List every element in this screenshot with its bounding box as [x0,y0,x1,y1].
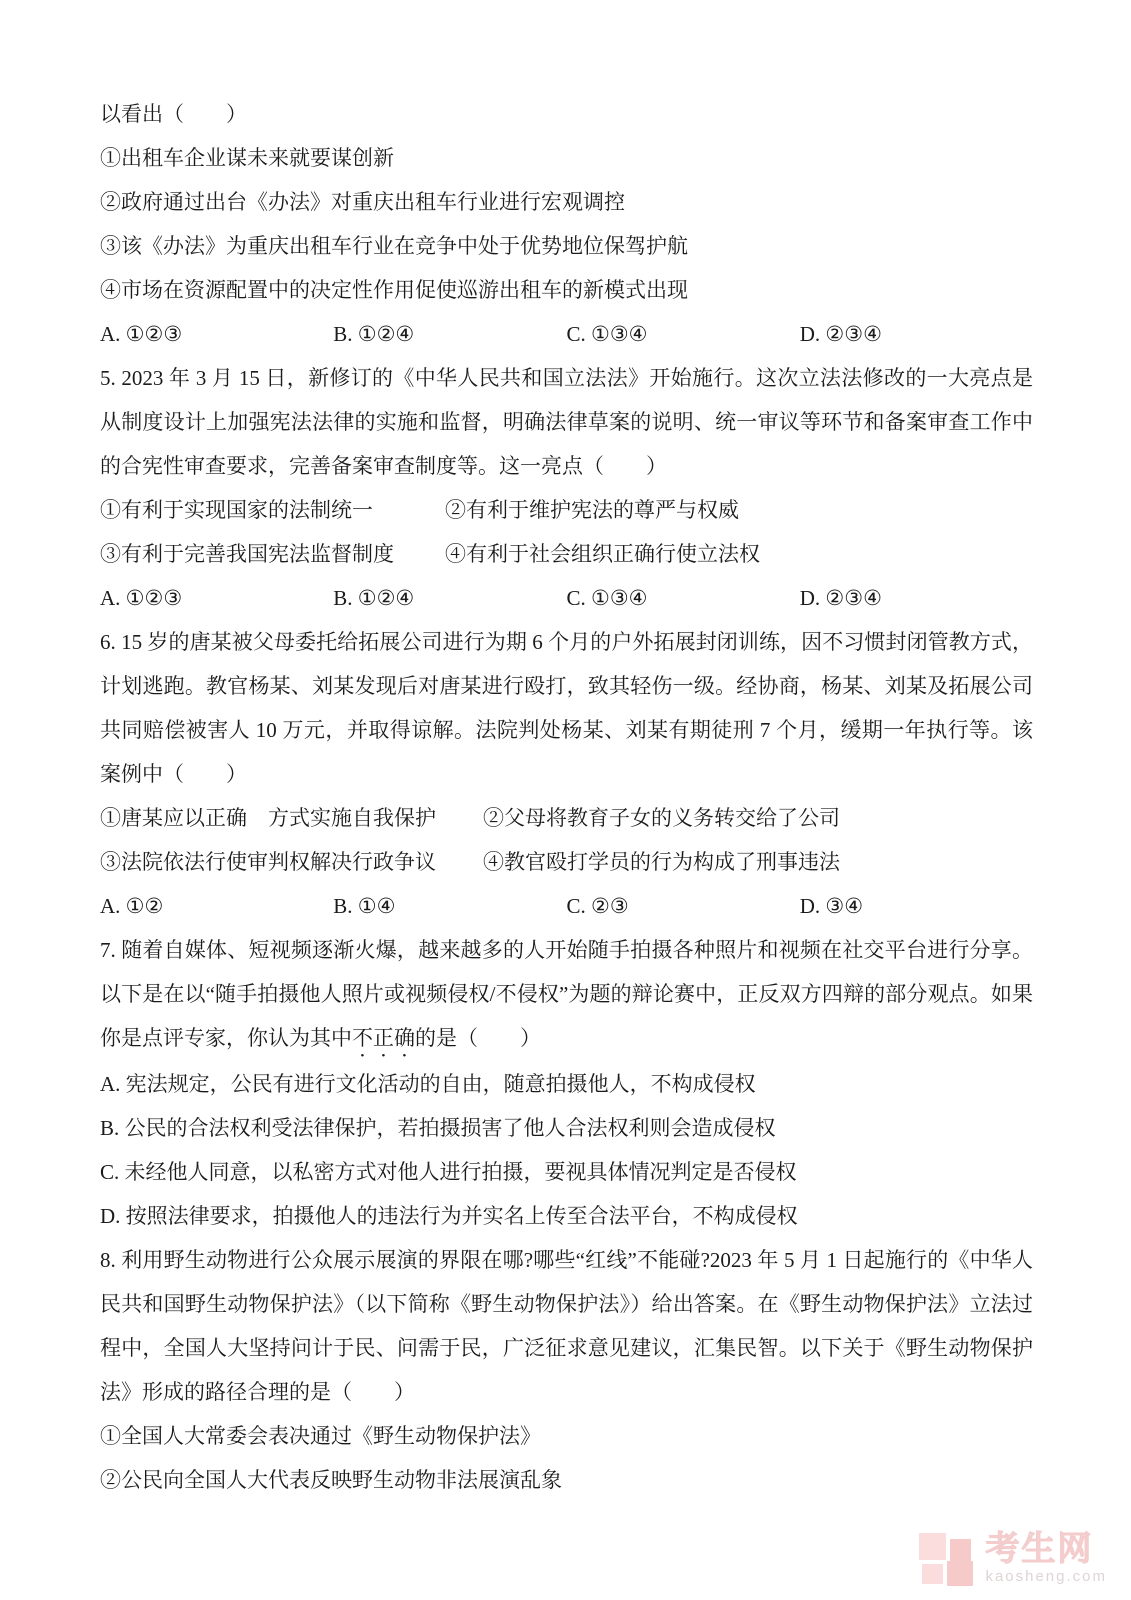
q7-option-a: A. 宪法规定，公民有进行文化活动的自由，随意拍摄他人，不构成侵权 [100,1062,1033,1106]
q4-item-2: ②政府通过出台《办法》对重庆出租车行业进行宏观调控 [100,180,1033,224]
q8-stem: 8. 利用野生动物进行公众展示展演的界限在哪?哪些“红线”不能碰?2023 年 … [100,1238,1033,1414]
q4-item-3: ③该《办法》为重庆出租车行业在竞争中处于优势地位保驾护航 [100,224,1033,268]
q6-stem: 6. 15 岁的唐某被父母委托给拓展公司进行为期 6 个月的户外拓展封闭训练，因… [100,620,1033,796]
q5-item-3: ③有利于完善我国宪法监督制度 [100,532,445,576]
q5-choice-d: D. ②③④ [800,576,1033,620]
q4-stem-tail: 以看出（ ） [100,92,1033,136]
q6-item-4: ④教官殴打学员的行为构成了刑事违法 [483,850,840,874]
q4-choice-c: C. ①③④ [567,312,800,356]
q6-answer-choices: A. ①② B. ①④ C. ②③ D. ③④ [100,884,1033,928]
kaosheng-watermark: 考生网 kaosheng.com [918,1530,1107,1586]
q5-item-1: ①有利于实现国家的法制统一 [100,488,445,532]
kaosheng-brand-name: 考生网 [985,1532,1107,1568]
q6-item-2: ②父母将教育子女的义务转交给了公司 [483,806,840,830]
exam-page: { "doc": { "q4": { "stem_tail": "以看出（ ）"… [0,0,1131,1600]
q5-item-2: ②有利于维护宪法的尊严与权威 [445,498,739,522]
q5-pair-row-2: ③有利于完善我国宪法监督制度④有利于社会组织正确行使立法权 [100,532,1033,576]
q7-stem-after: 的是（ ） [415,1026,541,1050]
q5-stem: 5. 2023 年 3 月 15 日，新修订的《中华人民共和国立法法》开始施行。… [100,356,1033,488]
q6-choice-a: A. ①② [100,884,333,928]
q4-choice-a: A. ①②③ [100,312,333,356]
kaosheng-logo-text: 考生网 kaosheng.com [985,1532,1107,1585]
q4-answer-choices: A. ①②③ B. ①②④ C. ①③④ D. ②③④ [100,312,1033,356]
q5-pair-row-1: ①有利于实现国家的法制统一②有利于维护宪法的尊严与权威 [100,488,1033,532]
exam-content: 以看出（ ） ①出租车企业谋未来就要谋创新 ②政府通过出台《办法》对重庆出租车行… [100,92,1033,1502]
q7-option-c: C. 未经他人同意，以私密方式对他人进行拍摄，要视具体情况判定是否侵权 [100,1150,1033,1194]
kaosheng-logo-icon [918,1530,976,1586]
q7-stem: 7. 随着自媒体、短视频逐渐火爆，越来越多的人开始随手拍摄各种照片和视频在社交平… [100,928,1033,1062]
q4-item-1: ①出租车企业谋未来就要谋创新 [100,136,1033,180]
q4-choice-d: D. ②③④ [800,312,1033,356]
q4-choice-b: B. ①②④ [333,312,566,356]
q5-choice-a: A. ①②③ [100,576,333,620]
q8-item-1: ①全国人大常委会表决通过《野生动物保护法》 [100,1414,1033,1458]
q7-option-d: D. 按照法律要求，拍摄他人的违法行为并实名上传至合法平台，不构成侵权 [100,1194,1033,1238]
q6-item-1: ①唐某应以正确 方式实施自我保护 [100,796,483,840]
q6-item-3: ③法院依法行使审判权解决行政争议 [100,840,483,884]
q7-option-b: B. 公民的合法权利受法律保护，若拍摄损害了他人合法权利则会造成侵权 [100,1106,1033,1150]
logo-block [922,1564,943,1584]
q6-choice-b: B. ①④ [333,884,566,928]
q5-choice-b: B. ①②④ [333,576,566,620]
q6-pair-row-1: ①唐某应以正确 方式实施自我保护②父母将教育子女的义务转交给了公司 [100,796,1033,840]
q6-choice-c: C. ②③ [567,884,800,928]
q4-item-4: ④市场在资源配置中的决定性作用促使巡游出租车的新模式出现 [100,268,1033,312]
q5-choice-c: C. ①③④ [567,576,800,620]
kaosheng-domain: kaosheng.com [985,1568,1107,1585]
q6-pair-row-2: ③法院依法行使审判权解决行政争议④教官殴打学员的行为构成了刑事违法 [100,840,1033,884]
q5-item-4: ④有利于社会组织正确行使立法权 [445,542,760,566]
q7-stem-emphasized: 不正确 [352,1026,415,1050]
q7-stem-before: 7. 随着自媒体、短视频逐渐火爆，越来越多的人开始随手拍摄各种照片和视频在社交平… [100,938,1033,1050]
q8-item-2: ②公民向全国人大代表反映野生动物非法展演乱象 [100,1458,1033,1502]
logo-block [919,1533,946,1560]
logo-block [947,1561,973,1586]
q5-answer-choices: A. ①②③ B. ①②④ C. ①③④ D. ②③④ [100,576,1033,620]
q6-choice-d: D. ③④ [800,884,1033,928]
